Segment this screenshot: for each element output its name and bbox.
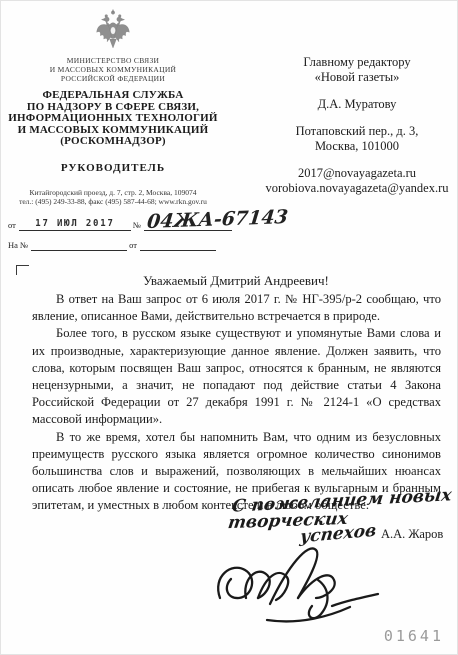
agency-line: (РОСКОМНАДЗОР) (6, 136, 220, 148)
agency-line: ФЕДЕРАЛЬНАЯ СЛУЖБА (6, 90, 220, 102)
incoming-ref-row: На № от (6, 240, 256, 251)
sender-address: Китайгородский проезд, д. 7, стр. 2, Мос… (6, 188, 220, 198)
sender-contacts: тел.: (495) 249-33-88, факс (495) 587-44… (6, 197, 220, 207)
date-blank: 17 ИЮЛ 2017 (19, 216, 131, 231)
date-label: от (6, 220, 19, 231)
ministry-line: РОССИЙСКОЙ ФЕДЕРАЦИИ (6, 74, 220, 83)
ministry-line: МИНИСТЕРСТВО СВЯЗИ (6, 56, 220, 65)
position-title: РУКОВОДИТЕЛЬ (6, 162, 220, 174)
ministry-line: И МАССОВЫХ КОММУНИКАЦИЙ (6, 65, 220, 74)
salutation: Уважаемый Дмитрий Андреевич! (32, 273, 440, 289)
recipient-address-line: Потаповский пер., д. 3, (258, 124, 456, 139)
handwritten-ref-number: 04ЖА-67143 (146, 205, 289, 232)
letter-body: В ответ на Ваш запрос от 6 июля 2017 г. … (32, 291, 441, 515)
signature-scrawl (212, 536, 392, 626)
address-corner-mark (16, 265, 29, 275)
agency-line: ИНФОРМАЦИОННЫХ ТЕХНОЛОГИЙ (6, 113, 220, 125)
recipient-name: Д.А. Муратову (258, 97, 456, 112)
ministry-block: МИНИСТЕРСТВО СВЯЗИ И МАССОВЫХ КОММУНИКАЦ… (6, 56, 220, 83)
recipient-role-line: «Новой газеты» (258, 70, 456, 85)
recipient-address-line: Москва, 101000 (258, 139, 456, 154)
recipient-address: Потаповский пер., д. 3, Москва, 101000 (258, 124, 456, 154)
ref-date-blank (140, 240, 216, 251)
ref-number-blank (31, 240, 127, 251)
outgoing-ref-row: от 17 ИЮЛ 2017 № 04ЖА-67143 (6, 216, 256, 231)
recipient-email: 2017@novayagazeta.ru (258, 166, 456, 181)
number-blank: 04ЖА-67143 (144, 216, 232, 231)
body-paragraph: В ответ на Ваш запрос от 6 июля 2017 г. … (32, 291, 441, 325)
recipient-email: vorobiova.novayagazeta@yandex.ru (258, 181, 456, 196)
recipient-block: Главному редактору «Новой газеты» Д.А. М… (258, 55, 456, 208)
letterhead: МИНИСТЕРСТВО СВЯЗИ И МАССОВЫХ КОММУНИКАЦ… (6, 8, 220, 275)
recipient-emails: 2017@novayagazeta.ru vorobiova.novayagaz… (258, 166, 456, 196)
number-label: № (131, 220, 144, 231)
ref-date-label: от (127, 240, 140, 251)
body-paragraph: Более того, в русском языке существуют и… (32, 325, 441, 428)
coat-of-arms-icon (95, 8, 131, 52)
scanned-letter-page: МИНИСТЕРСТВО СВЯЗИ И МАССОВЫХ КОММУНИКАЦ… (0, 0, 458, 655)
date-stamp: 17 ИЮЛ 2017 (24, 218, 125, 229)
page-number: 01641 (384, 627, 444, 645)
ref-number-label: На № (6, 240, 31, 251)
signer-name: А.А. Жаров (381, 527, 443, 542)
recipient-role-line: Главному редактору (258, 55, 456, 70)
agency-block: ФЕДЕРАЛЬНАЯ СЛУЖБА ПО НАДЗОРУ В СФЕРЕ СВ… (6, 90, 220, 148)
recipient-role: Главному редактору «Новой газеты» (258, 55, 456, 85)
